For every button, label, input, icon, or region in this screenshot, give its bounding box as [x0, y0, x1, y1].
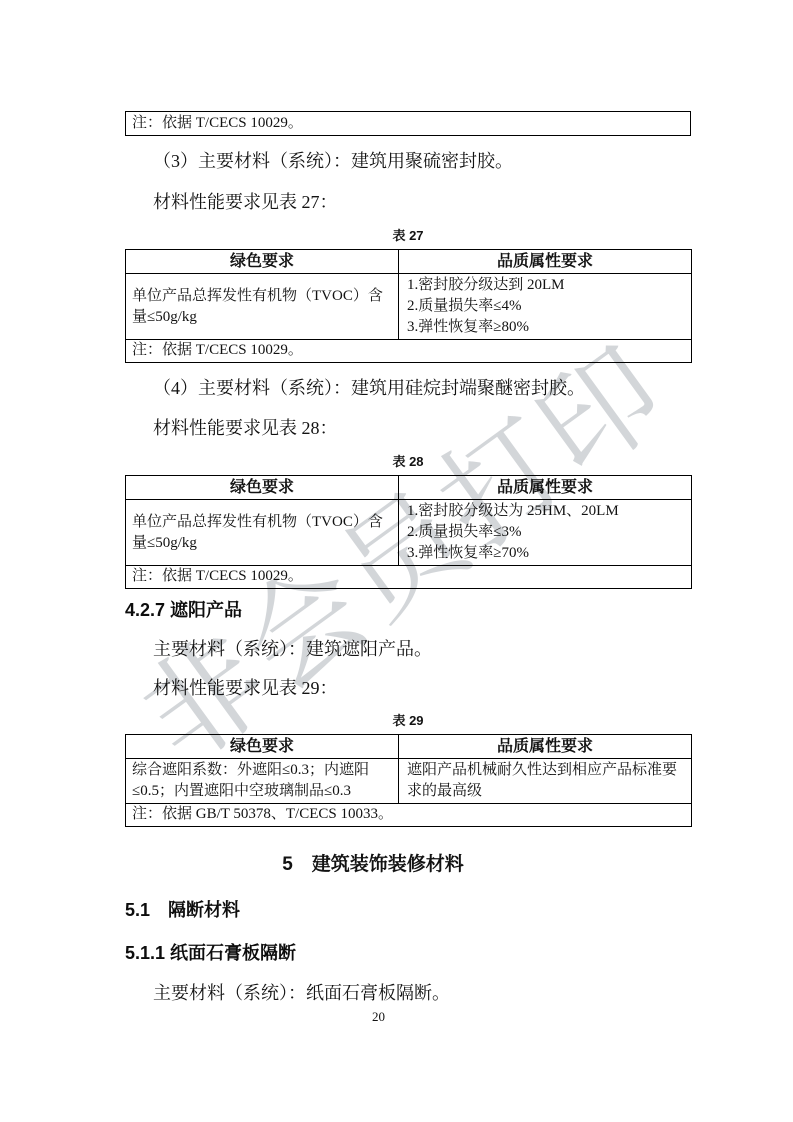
heading-5-1: 5.1 隔断材料	[125, 899, 691, 922]
paragraph-see-table-29: 材料性能要求见表 29：	[125, 676, 691, 700]
table-28-cell-quality: 1.密封胶分级达为 25HM、20LM 2.质量损失率≤3% 3.弹性恢复率≥7…	[399, 500, 692, 566]
table-28-body-row: 单位产品总挥发性有机物（TVOC）含量≤50g/kg 1.密封胶分级达为 25H…	[126, 500, 692, 566]
table-27-cell-green: 单位产品总挥发性有机物（TVOC）含量≤50g/kg	[126, 274, 399, 340]
heading-4-2-7: 4.2.7 遮阳产品	[125, 599, 691, 622]
paragraph-item-3: （3）主要材料（系统）：建筑用聚硫密封胶。	[125, 149, 691, 173]
document-page: 非会员打印 注：依据 T/CECS 10029。 （3）主要材料（系统）：建筑用…	[0, 0, 793, 1122]
table-28: 绿色要求 品质属性要求 单位产品总挥发性有机物（TVOC）含量≤50g/kg 1…	[125, 475, 692, 589]
table-27-header-quality: 品质属性要求	[399, 250, 692, 274]
table-28-header-quality: 品质属性要求	[399, 476, 692, 500]
table-29-header-quality: 品质属性要求	[399, 735, 692, 759]
table-29-header-row: 绿色要求 品质属性要求	[126, 735, 692, 759]
table-29: 绿色要求 品质属性要求 综合遮阳系数：外遮阳≤0.3；内遮阳≤0.5；内置遮阳中…	[125, 734, 692, 827]
page-content: 注：依据 T/CECS 10029。 （3）主要材料（系统）：建筑用聚硫密封胶。…	[125, 0, 691, 1005]
top-table-note-fragment: 注：依据 T/CECS 10029。	[125, 111, 691, 136]
paragraph-see-table-28: 材料性能要求见表 28：	[125, 416, 691, 440]
table-29-header-green: 绿色要求	[126, 735, 399, 759]
table-29-note-row: 注：依据 GB/T 50378、T/CECS 10033。	[126, 804, 692, 827]
table-29-note: 注：依据 GB/T 50378、T/CECS 10033。	[126, 804, 692, 827]
table-29-caption: 表 29	[125, 712, 691, 729]
table-27-caption: 表 27	[125, 227, 691, 244]
table-28-cell-green: 单位产品总挥发性有机物（TVOC）含量≤50g/kg	[126, 500, 399, 566]
table-27: 绿色要求 品质属性要求 单位产品总挥发性有机物（TVOC）含量≤50g/kg 1…	[125, 249, 692, 363]
heading-5-1-1: 5.1.1 纸面石膏板隔断	[125, 942, 691, 965]
table-28-caption: 表 28	[125, 453, 691, 470]
paragraph-partition-material: 主要材料（系统）：纸面石膏板隔断。	[125, 981, 691, 1005]
table-27-note: 注：依据 T/CECS 10029。	[126, 340, 692, 363]
paragraph-item-4: （4）主要材料（系统）：建筑用硅烷封端聚醚密封胶。	[125, 376, 691, 400]
table-27-cell-quality: 1.密封胶分级达到 20LM 2.质量损失率≤4% 3.弹性恢复率≥80%	[399, 274, 692, 340]
heading-chapter-5: 5 建筑装饰装修材料	[125, 852, 691, 877]
table-27-header-green: 绿色要求	[126, 250, 399, 274]
table-27-note-row: 注：依据 T/CECS 10029。	[126, 340, 692, 363]
table-29-cell-green: 综合遮阳系数：外遮阳≤0.3；内遮阳≤0.5；内置遮阳中空玻璃制品≤0.3	[126, 759, 399, 804]
table-29-body-row: 综合遮阳系数：外遮阳≤0.3；内遮阳≤0.5；内置遮阳中空玻璃制品≤0.3 遮阳…	[126, 759, 692, 804]
page-number: 20	[0, 1009, 757, 1025]
table-28-note: 注：依据 T/CECS 10029。	[126, 566, 692, 589]
table-28-header-green: 绿色要求	[126, 476, 399, 500]
paragraph-shading-material: 主要材料（系统）：建筑遮阳产品。	[125, 637, 691, 661]
paragraph-see-table-27: 材料性能要求见表 27：	[125, 190, 691, 214]
table-29-cell-quality: 遮阳产品机械耐久性达到相应产品标准要求的最高级	[399, 759, 692, 804]
table-28-header-row: 绿色要求 品质属性要求	[126, 476, 692, 500]
table-27-header-row: 绿色要求 品质属性要求	[126, 250, 692, 274]
table-27-body-row: 单位产品总挥发性有机物（TVOC）含量≤50g/kg 1.密封胶分级达到 20L…	[126, 274, 692, 340]
table-28-note-row: 注：依据 T/CECS 10029。	[126, 566, 692, 589]
